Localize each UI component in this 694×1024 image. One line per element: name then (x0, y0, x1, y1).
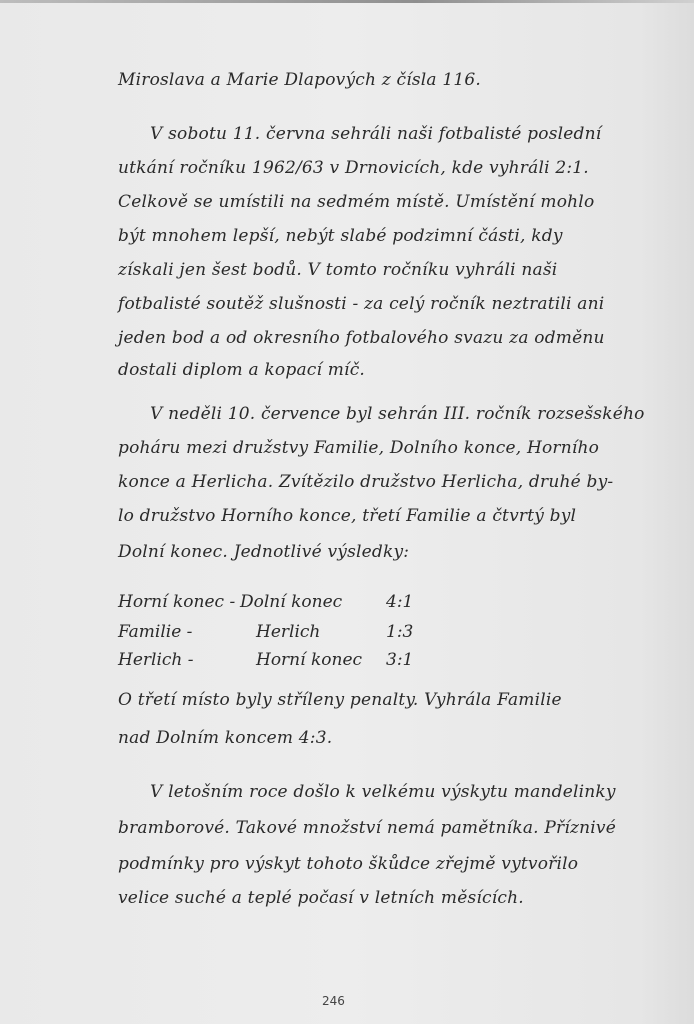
paragraph-3-line-3: podmínky pro výskyt tohoto škůdce zřejmě… (118, 854, 578, 874)
paragraph-2-line-2: poháru mezi družstvy Familie, Dolního ko… (118, 438, 599, 458)
result-row: Herlich - Horní konec 3:1 (118, 650, 638, 674)
result-team-a: Familie - (118, 622, 192, 642)
paragraph-1-line-6: fotbalisté soutěž slušnosti - za celý ro… (118, 294, 604, 314)
heading-line: Miroslava a Marie Dlapových z čísla 116. (118, 70, 481, 90)
result-row: Familie - Herlich 1:3 (118, 622, 638, 646)
paragraph-1-line-3: Celkově se umístili na sedmém místě. Umí… (118, 192, 594, 212)
result-row: Horní konec - Dolní konec 4:1 (118, 592, 638, 616)
result-team-b: Horní konec (256, 650, 362, 670)
result-team-b: Dolní konec (240, 592, 342, 612)
paragraph-2-line-4: lo družstvo Horního konce, třetí Familie… (118, 506, 576, 526)
paragraph-1-line-8: dostali diplom a kopací míč. (118, 360, 365, 380)
page-top-edge (0, 0, 694, 3)
paragraph-1-line-7: jeden bod a od okresního fotbalového sva… (118, 328, 605, 348)
page-number: 246 (322, 994, 345, 1008)
result-score: 1:3 (386, 622, 413, 642)
paragraph-1-line-4: být mnohem lepší, nebýt slabé podzimní č… (118, 226, 563, 246)
result-team-a: Horní konec - (118, 592, 235, 612)
scanned-page: Miroslava a Marie Dlapových z čísla 116.… (0, 0, 694, 1024)
after-table-line-1: O třetí místo byly stříleny penalty. Vyh… (118, 690, 562, 710)
result-score: 4:1 (386, 592, 413, 612)
paragraph-3-line-4: velice suché a teplé počasí v letních mě… (118, 888, 524, 908)
paragraph-1-line-2: utkání ročníku 1962/63 v Drnovicích, kde… (118, 158, 589, 178)
result-team-a: Herlich - (118, 650, 194, 670)
paragraph-1-line-5: získali jen šest bodů. V tomto ročníku v… (118, 260, 557, 280)
paragraph-2-line-5: Dolní konec. Jednotlivé výsledky: (118, 542, 409, 562)
paragraph-2-line-1: V neděli 10. července byl sehrán III. ro… (150, 404, 645, 424)
result-team-b: Herlich (256, 622, 320, 642)
result-score: 3:1 (386, 650, 413, 670)
paragraph-3-line-1: V letošním roce došlo k velkému výskytu … (150, 782, 616, 802)
paragraph-2-line-3: konce a Herlicha. Zvítězilo družstvo Her… (118, 472, 613, 492)
paragraph-1-line-1: V sobotu 11. června sehráli naši fotbali… (150, 124, 601, 144)
paragraph-3-line-2: bramborové. Takové množství nemá pamětní… (118, 818, 616, 838)
after-table-line-2: nad Dolním koncem 4:3. (118, 728, 332, 748)
